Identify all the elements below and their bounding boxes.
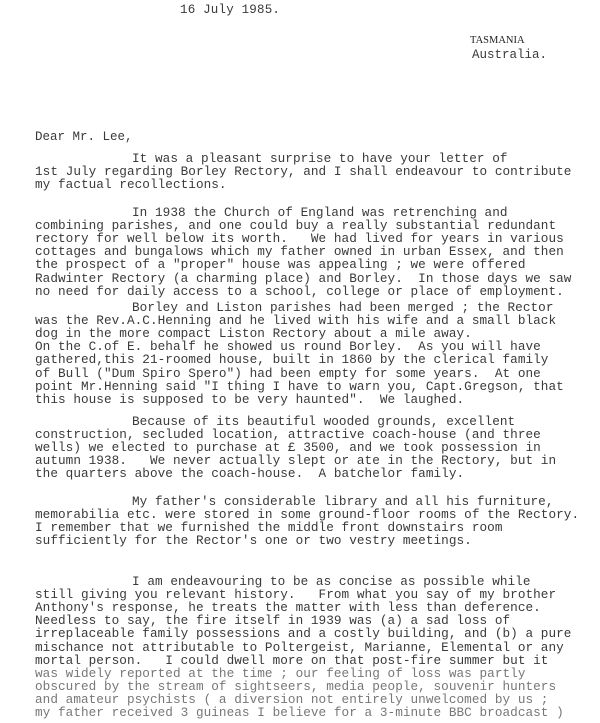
letter-line: sufficiently for the Rector's one or two… bbox=[35, 534, 472, 547]
letter-line: On the C.of E. behalf he showed us round… bbox=[35, 340, 541, 353]
letter-line: no need for daily access to a school, co… bbox=[35, 285, 564, 298]
letter-line: Needless to say, the fire itself in 1939… bbox=[35, 614, 510, 627]
letter-line: Radwinter Rectory (a charming place) and… bbox=[35, 272, 571, 285]
address-line-1: TASMANIA bbox=[470, 35, 525, 46]
letter-line: gathered,this 21-roomed house, built in … bbox=[35, 353, 548, 366]
letter-line: the prospect of a "proper" house was app… bbox=[35, 258, 525, 271]
letter-line: Borley and Liston parishes had been merg… bbox=[132, 301, 554, 314]
letter-line: mortal person. I could dwell more on tha… bbox=[35, 654, 548, 667]
salutation: Dear Mr. Lee, bbox=[35, 130, 133, 144]
letter-line: my father received 3 guineas I believe f… bbox=[35, 706, 564, 719]
letter-line: irreplaceable family possessions and a c… bbox=[35, 627, 571, 640]
letter-line: and amateur psychists ( a diversion not … bbox=[35, 693, 548, 706]
letter-line: mischance not attributable to Poltergeis… bbox=[35, 641, 564, 654]
letter-line: construction, secluded location, attract… bbox=[35, 428, 541, 441]
letter-line: point Mr.Henning said "I thing I have to… bbox=[35, 380, 564, 393]
letter-line: I remember that we furnished the middle … bbox=[35, 521, 503, 534]
letter-line: still giving you relevant history. From … bbox=[35, 588, 556, 601]
letter-line: Anthony's response, he treats the matter… bbox=[35, 601, 541, 614]
letter-line: my factual recollections. bbox=[35, 178, 227, 191]
letter-date: 16 July 1985. bbox=[180, 3, 280, 17]
letter-line: autumn 1938. We never actually slept or … bbox=[35, 454, 556, 467]
letter-line: It was a pleasant surprise to have your … bbox=[132, 152, 508, 165]
letter-line: was widely reported at the time ; our fe… bbox=[35, 667, 525, 680]
letter-line: memorabilia etc. were stored in some gro… bbox=[35, 508, 579, 521]
letter-line: was the Rev.A.C.Henning and he lived wit… bbox=[35, 314, 556, 327]
letter-line: rectory for well below its worth. We had… bbox=[35, 232, 564, 245]
letter-line: My father's considerable library and all… bbox=[132, 495, 554, 508]
letter-line: dog in the more compact Liston Rectory a… bbox=[35, 327, 472, 340]
letter-line: I am endeavouring to be as concise as po… bbox=[132, 575, 531, 588]
letter-line: obscured by the stream of sightseers, me… bbox=[35, 680, 556, 693]
letter-line: In 1938 the Church of England was retren… bbox=[132, 206, 508, 219]
letter-line: cottages and bungalows which my father o… bbox=[35, 245, 564, 258]
address-line-2: Australia. bbox=[472, 48, 547, 62]
letter-line: the quarters above the coach-house. A ba… bbox=[35, 467, 464, 480]
letter-line: wells) we elected to purchase at £ 3500,… bbox=[35, 441, 541, 454]
letter-line: Because of its beautiful wooded grounds,… bbox=[132, 415, 515, 428]
letter-line: this house is supposed to be very haunte… bbox=[35, 393, 464, 406]
letter-line: of Bull ("Dum Spiro Spero") had been emp… bbox=[35, 367, 541, 380]
letter-line: 1st July regarding Borley Rectory, and I… bbox=[35, 165, 571, 178]
letter-line: combining parishes, and one could buy a … bbox=[35, 219, 556, 232]
